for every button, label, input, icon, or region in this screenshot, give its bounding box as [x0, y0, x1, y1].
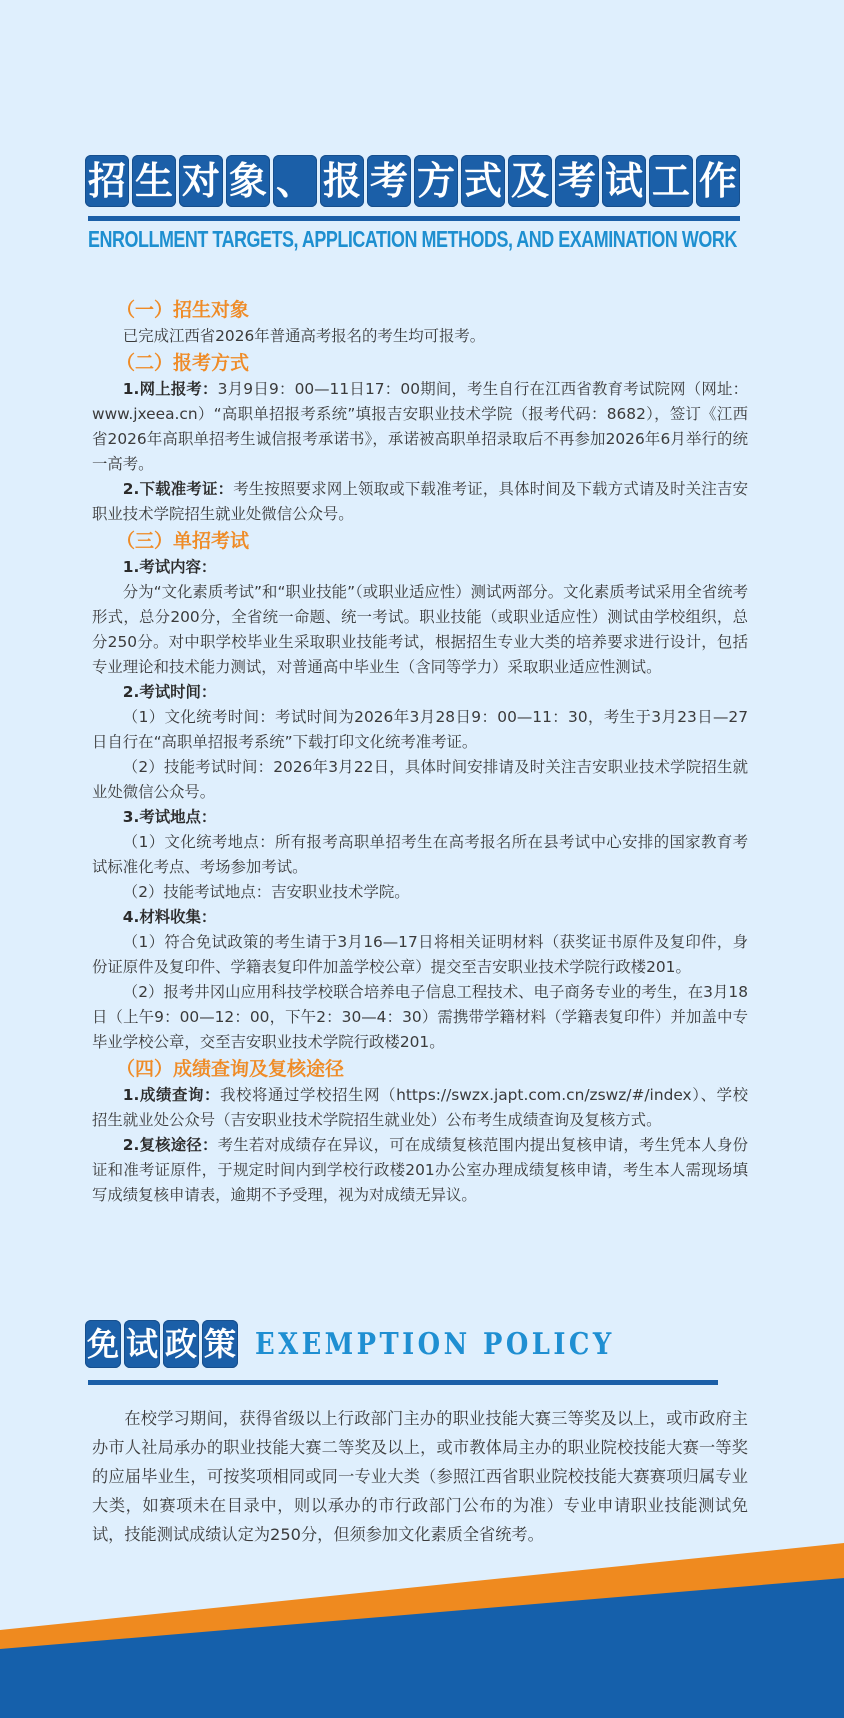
- title-char-tile: 、: [273, 155, 317, 207]
- label-download-ticket: 2.下载准考证：: [123, 480, 233, 498]
- exemption-title-en: EXEMPTION POLICY: [255, 1327, 615, 1362]
- heading-s4: （四）成绩查询及复核途径: [92, 1055, 748, 1083]
- paragraph-materials-2: （2）报考井冈山应用科技学校联合培养电子信息工程技术、电子商务专业的考生，在3月…: [92, 980, 748, 1055]
- paragraph-exam-place-1: （1）文化统考地点：所有报考高职单招考生在高考报名所在县考试中心安排的国家教育考…: [92, 830, 748, 880]
- title-char-tile: 方: [414, 155, 458, 207]
- paragraph-score-query: 1.成绩查询：我校将通过学校招生网（https://swzx.japt.com.…: [92, 1083, 748, 1133]
- heading-s2: （二）报考方式: [92, 349, 748, 377]
- title-char-tile: 式: [461, 155, 505, 207]
- exemption-char-tile: 免: [85, 1320, 121, 1368]
- title-char-tile: 及: [508, 155, 552, 207]
- paragraph-exam-time-2: （2）技能考试时间：2026年3月22日，具体时间安排请及时关注吉安职业技术学院…: [92, 755, 748, 805]
- label-online-apply: 1.网上报考：: [123, 380, 218, 398]
- paragraph-materials-1: （1）符合免试政策的考生请于3月16—17日将相关证明材料（获奖证书原件及复印件…: [92, 930, 748, 980]
- title-char-tile: 考: [367, 155, 411, 207]
- blue-band: [0, 1578, 844, 1718]
- exemption-char-tile: 试: [124, 1320, 160, 1368]
- section-title: 招 生 对 象 、 报 考 方 式 及 考 试 工 作: [85, 155, 740, 207]
- title-char-tile: 生: [132, 155, 176, 207]
- label-exam-content: 1.考试内容：: [92, 555, 748, 580]
- title-char-tile: 象: [226, 155, 270, 207]
- exemption-char-tile: 策: [202, 1320, 238, 1368]
- title-char-tile: 报: [320, 155, 364, 207]
- title-char-tile: 作: [696, 155, 740, 207]
- heading-s3: （三）单招考试: [92, 527, 748, 555]
- title-char-tile: 试: [602, 155, 646, 207]
- label-exam-time: 2.考试时间：: [92, 680, 748, 705]
- english-subtitle: ENROLLMENT TARGETS, APPLICATION METHODS,…: [88, 226, 597, 253]
- heading-s1: （一）招生对象: [92, 296, 748, 324]
- paragraph-download-ticket: 2.下载准考证：考生按照要求网上领取或下载准考证，具体时间及下载方式请及时关注吉…: [92, 477, 748, 527]
- title-char-tile: 对: [179, 155, 223, 207]
- label-score-query: 1.成绩查询：: [123, 1086, 220, 1104]
- exemption-title: 免 试 政 策 EXEMPTION POLICY: [85, 1320, 673, 1368]
- label-review: 2.复核途径：: [123, 1136, 218, 1154]
- exemption-char-tile: 政: [163, 1320, 199, 1368]
- paragraph-exam-content: 分为“文化素质考试”和“职业技能”（或职业适应性）测试两部分。文化素质考试采用全…: [92, 580, 748, 680]
- label-exam-place: 3.考试地点：: [92, 805, 748, 830]
- label-materials: 4.材料收集：: [92, 905, 748, 930]
- main-content: （一）招生对象 已完成江西省2026年普通高考报名的考生均可报考。 （二）报考方…: [92, 296, 748, 1208]
- paragraph-review: 2.复核途径：考生若对成绩存在异议，可在成绩复核范围内提出复核申请，考生凭本人身…: [92, 1133, 748, 1208]
- title-char-tile: 考: [555, 155, 599, 207]
- title-char-tile: 工: [649, 155, 693, 207]
- paragraph-exam-time-1: （1）文化统考时间：考试时间为2026年3月28日9：00—11：30，考生于3…: [92, 705, 748, 755]
- title-char-tile: 招: [85, 155, 129, 207]
- paragraph-exemption: 在校学习期间，获得省级以上行政部门主办的职业技能大赛三等奖及以上，或市政府主办市…: [92, 1404, 748, 1549]
- paragraph-exam-place-2: （2）技能考试地点：吉安职业技术学院。: [92, 880, 748, 905]
- title-underline: [88, 216, 740, 221]
- exemption-underline: [88, 1380, 718, 1385]
- paragraph-s1: 已完成江西省2026年普通高考报名的考生均可报考。: [92, 324, 748, 349]
- exemption-content: 在校学习期间，获得省级以上行政部门主办的职业技能大赛三等奖及以上，或市政府主办市…: [92, 1404, 748, 1549]
- paragraph-online-apply: 1.网上报考：3月9日9：00—11日17：00期间，考生自行在江西省教育考试院…: [92, 377, 748, 477]
- orange-band: [0, 1543, 844, 1718]
